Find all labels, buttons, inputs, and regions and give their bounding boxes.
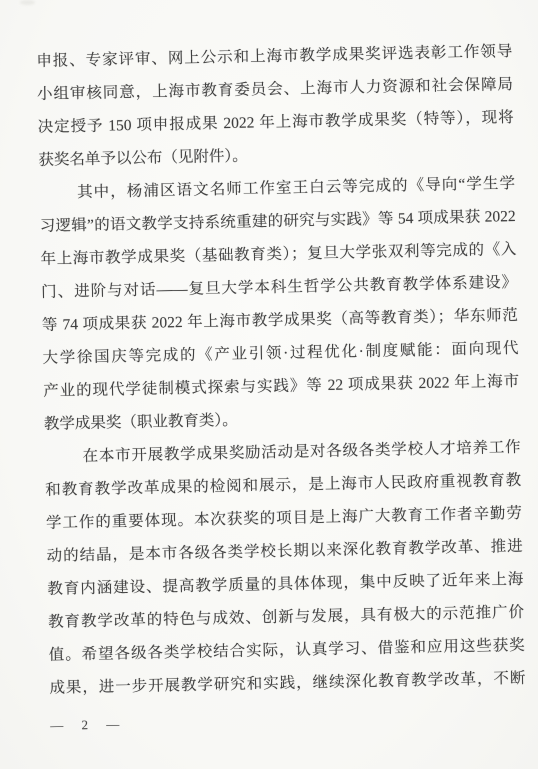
document-body: 申报、专家评审、网上公示和上海市教学成果奖评选表彰工作领导小组审核同意，上海市教…: [36, 35, 526, 736]
page-footer: — 2 —: [50, 706, 526, 736]
scan-artifact-smudge: [20, 0, 35, 5]
text-lines: 申报、专家评审、网上公示和上海市教学成果奖评选表彰工作领导小组审核同意，上海市教…: [36, 35, 526, 705]
scanned-document-page: 申报、专家评审、网上公示和上海市教学成果奖评选表彰工作领导小组审核同意，上海市教…: [0, 0, 538, 769]
page-number-label: — 2 —: [50, 716, 120, 732]
